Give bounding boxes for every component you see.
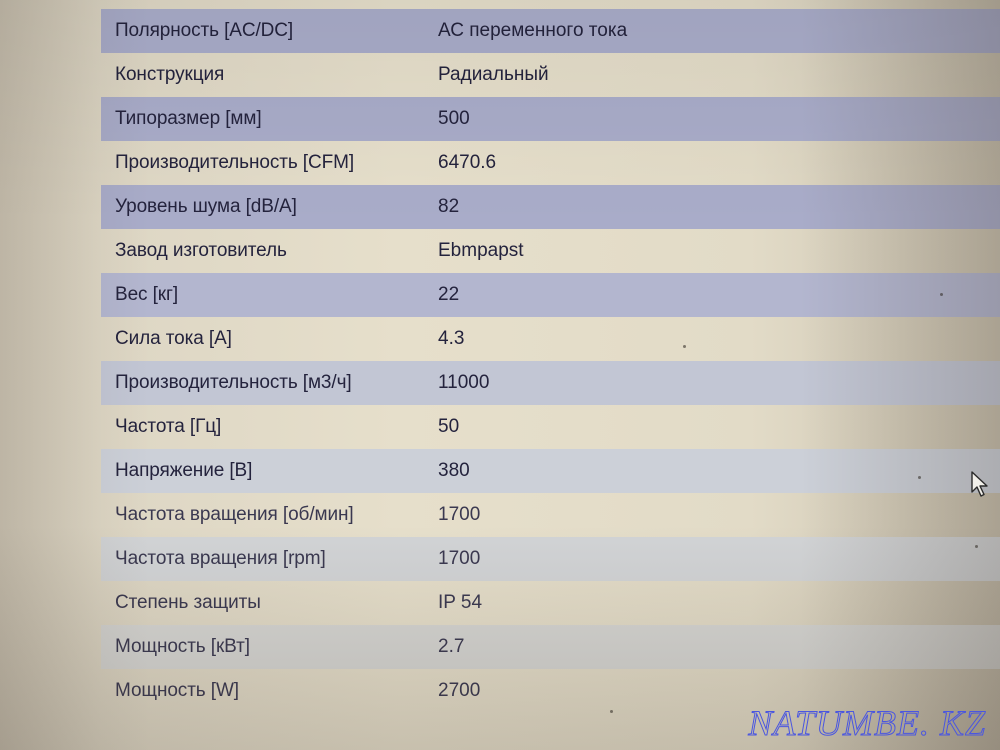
spec-row-construction: Конструкция Радиальный: [101, 53, 1000, 97]
spec-label: Производительность [CFM]: [101, 152, 438, 174]
spec-row-weight: Вес [кг] 22: [101, 273, 1000, 317]
spec-value: 11000: [438, 372, 489, 394]
spec-label: Напряжение [В]: [101, 460, 438, 482]
spec-value: АС переменного тока: [438, 20, 627, 42]
spec-label: Производительность [м3/ч]: [101, 372, 438, 394]
spec-row-airflow-m3h: Производительность [м3/ч] 11000: [101, 361, 1000, 405]
screen-dust: [940, 293, 943, 296]
spec-label: Вес [кг]: [101, 284, 438, 306]
spec-value: 500: [438, 108, 470, 130]
spec-row-rotation-speed-rpm-ru: Частота вращения [об/мин] 1700: [101, 493, 1000, 537]
spec-label: Завод изготовитель: [101, 240, 438, 262]
spec-label: Частота вращения [rpm]: [101, 548, 438, 570]
watermark: NATUMBE. KZ: [748, 702, 986, 744]
spec-row-size: Типоразмер [мм] 500: [101, 97, 1000, 141]
spec-value: Ebmpapst: [438, 240, 524, 262]
spec-label: Сила тока [А]: [101, 328, 438, 350]
spec-value: 82: [438, 196, 459, 218]
spec-value: 2.7: [438, 636, 464, 658]
spec-row-voltage: Напряжение [В] 380: [101, 449, 1000, 493]
screen-dust: [975, 545, 978, 548]
spec-label: Конструкция: [101, 64, 438, 86]
spec-row-polarity: Полярность [AC/DC] АС переменного тока: [101, 9, 1000, 53]
spec-label: Полярность [AC/DC]: [101, 20, 438, 42]
spec-row-manufacturer: Завод изготовитель Ebmpapst: [101, 229, 1000, 273]
spec-row-protection-class: Степень защиты IP 54: [101, 581, 1000, 625]
spec-table: Полярность [AC/DC] АС переменного тока К…: [101, 9, 1000, 713]
spec-value: 1700: [438, 548, 480, 570]
spec-row-airflow-cfm: Производительность [CFM] 6470.6: [101, 141, 1000, 185]
spec-value: 4.3: [438, 328, 464, 350]
spec-label: Частота [Гц]: [101, 416, 438, 438]
spec-value: 380: [438, 460, 470, 482]
spec-row-noise-level: Уровень шума [dB/A] 82: [101, 185, 1000, 229]
spec-row-power-kw: Мощность [кВт] 2.7: [101, 625, 1000, 669]
spec-value: 50: [438, 416, 459, 438]
spec-value: IP 54: [438, 592, 482, 614]
spec-value: 6470.6: [438, 152, 496, 174]
screen-dust: [610, 710, 613, 713]
spec-label: Мощность [кВт]: [101, 636, 438, 658]
spec-row-frequency: Частота [Гц] 50: [101, 405, 1000, 449]
spec-label: Уровень шума [dB/A]: [101, 196, 438, 218]
spec-row-current: Сила тока [А] 4.3: [101, 317, 1000, 361]
spec-label: Типоразмер [мм]: [101, 108, 438, 130]
spec-value: 2700: [438, 680, 480, 702]
spec-value: Радиальный: [438, 64, 549, 86]
screen-dust: [918, 476, 921, 479]
spec-value: 22: [438, 284, 459, 306]
spec-label: Мощность [W]: [101, 680, 438, 702]
screen-dust: [683, 345, 686, 348]
spec-label: Степень защиты: [101, 592, 438, 614]
spec-row-rotation-speed-rpm: Частота вращения [rpm] 1700: [101, 537, 1000, 581]
spec-value: 1700: [438, 504, 480, 526]
spec-label: Частота вращения [об/мин]: [101, 504, 438, 526]
arrow-pointer-icon: [970, 470, 990, 498]
